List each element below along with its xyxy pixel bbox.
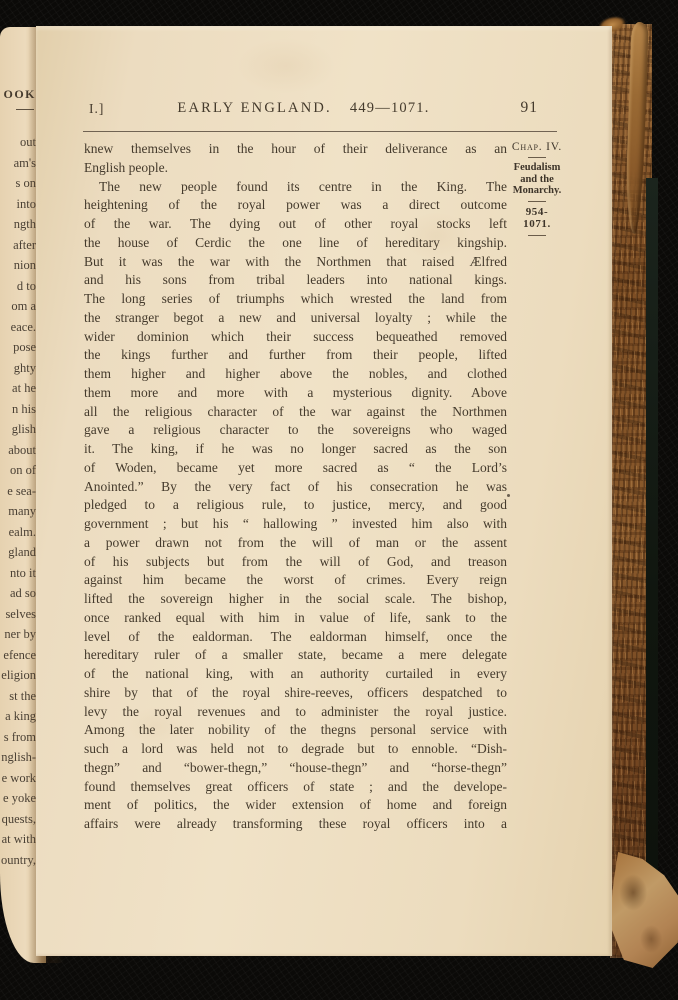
running-head-dates: 449—1071. <box>350 100 430 116</box>
body-text-line: the stranger begot a new and universal l… <box>84 309 507 328</box>
body-text-line: a power drawn not from the will of man o… <box>84 534 507 553</box>
body-text-line: such a lord was held not to degrade but … <box>84 740 507 759</box>
body-text-line: the house of Cerdic the one line of here… <box>84 234 507 253</box>
body-text-line: ment of politics, the wider extension of… <box>84 796 507 815</box>
body-text-line: But it was the war with the Northmen tha… <box>84 253 507 272</box>
body-text-line: thegn” and “bower-thegn,” “house-thegn” … <box>84 759 507 778</box>
margin-rule <box>528 201 546 202</box>
body-text-line: English people. <box>84 159 507 178</box>
body-text-line: of the national king, with an authority … <box>84 665 507 684</box>
body-text-line: wider dominion which their success beque… <box>84 328 507 347</box>
body-text-line: The new people found its centre in the K… <box>84 178 507 197</box>
body-text-line: knew themselves in the hour of their del… <box>84 140 507 159</box>
body-text: knew themselves in the hour of their del… <box>84 140 507 834</box>
body-text-line: lifted the sovereign higher in the socia… <box>84 590 507 609</box>
margin-rule <box>528 235 546 236</box>
body-text-line: all the religious character of the war a… <box>84 403 507 422</box>
margin-topic-line: and the <box>506 174 568 186</box>
margin-years-line: 1071. <box>506 218 568 231</box>
book-photo-scene: OOK outam'ss onintongthafterniond toom a… <box>0 0 678 1000</box>
body-text-line: Anointed.” By the very fact of his conse… <box>84 478 507 497</box>
margin-topic-line: Monarchy. <box>506 185 568 197</box>
body-text-line: against him became the worst of crimes. … <box>84 571 507 590</box>
margin-topic-line: Feudalism <box>506 162 568 174</box>
body-text-line: Among the later nobility of the thegns p… <box>84 721 507 740</box>
running-head-title: EARLY ENGLAND. <box>177 100 331 116</box>
book-page: I.] EARLY ENGLAND. 449—1071. 91 knew the… <box>36 26 612 956</box>
header-rule <box>83 131 557 132</box>
body-text-line: them higher and higher above the nobles,… <box>84 365 507 384</box>
body-text-line: and his sons from tribal leaders into na… <box>84 271 507 290</box>
running-head: EARLY ENGLAND. 449—1071. <box>67 99 540 117</box>
body-text-line: of his subjects but from the will of God… <box>84 553 507 572</box>
ink-speck <box>507 494 510 497</box>
body-text-line: levy the royal revenues and to administe… <box>84 703 507 722</box>
book-cover-edge <box>646 178 658 878</box>
body-text-line: pledged to a religious rule, to justice,… <box>84 496 507 515</box>
body-text-line: government ; but his “ hallowing ” inves… <box>84 515 507 534</box>
body-text-line: level of the ealdorman. The ealdorman hi… <box>84 628 507 647</box>
body-text-line: The long series of triumphs which wreste… <box>84 290 507 309</box>
page-header: I.] EARLY ENGLAND. 449—1071. 91 <box>83 99 556 119</box>
body-text-line: of Woden, became yet more sacred as “ th… <box>84 459 507 478</box>
facing-page-header-rule <box>16 109 34 110</box>
body-text-line: of the war. The dying out of other royal… <box>84 215 507 234</box>
body-text-line: the kings further and further from their… <box>84 346 507 365</box>
body-text-line: shire by that of the royal shire-reeves,… <box>84 684 507 703</box>
margin-years-note: 954-1071. <box>506 206 568 231</box>
body-text-line: affairs were already transforming these … <box>84 815 507 834</box>
body-text-line: them more and more with a mysterious dig… <box>84 384 507 403</box>
body-text-line: gave a religious character to the sovere… <box>84 421 507 440</box>
facing-page-running-title: OOK <box>3 87 36 102</box>
margin-notes: Chap. IV. Feudalismand theMonarchy. 954-… <box>506 141 568 240</box>
body-text-line: once ranked equal with him in value of l… <box>84 609 507 628</box>
body-text-line: hereditary ruler of a smaller state, bec… <box>84 646 507 665</box>
page-number: 91 <box>521 99 539 117</box>
margin-rule <box>528 157 546 158</box>
margin-chapter-label: Chap. IV. <box>506 141 568 153</box>
body-text-line: found themselves great officers of state… <box>84 778 507 797</box>
margin-years-line: 954- <box>506 206 568 219</box>
margin-topic-note: Feudalismand theMonarchy. <box>506 162 568 197</box>
body-text-line: heightening of the royal power was a dir… <box>84 196 507 215</box>
body-text-line: it. The king, if he was no longer sacred… <box>84 440 507 459</box>
